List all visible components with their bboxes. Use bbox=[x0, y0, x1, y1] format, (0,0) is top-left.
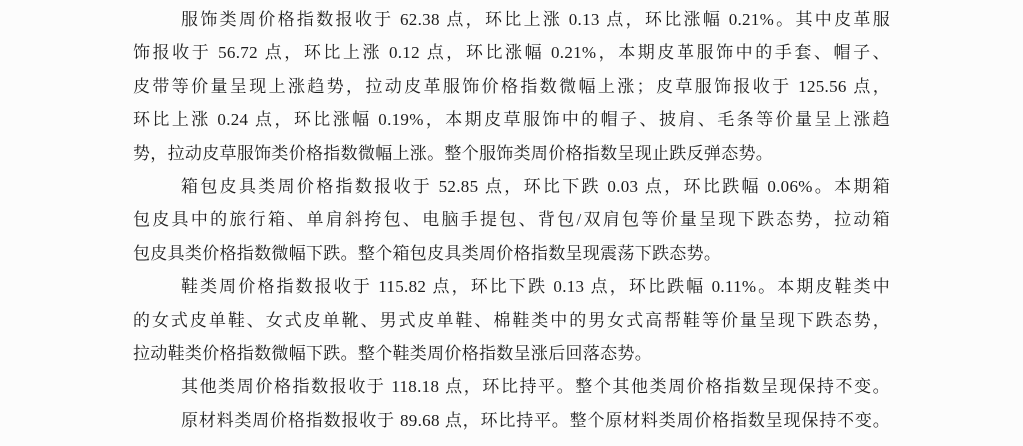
text-line: 饰报收于 56.72 点，环比上涨 0.12 点，环比涨幅 0.21%，本期皮革… bbox=[133, 36, 890, 69]
text-line: 鞋类周价格指数报收于 115.82 点，环比下跌 0.13 点，环比跌幅 0.1… bbox=[133, 270, 890, 303]
document-page: 服饰类周价格指数报收于 62.38 点，环比上涨 0.13 点，环比涨幅 0.2… bbox=[0, 0, 1023, 446]
text-line: 原材料类周价格指数报收于 89.68 点，环比持平。整个原材料类周价格指数呈现保… bbox=[133, 404, 890, 437]
text-line: 皮带等价量呈现上涨趋势，拉动皮革服饰价格指数微幅上涨；皮草服饰报收于 125.5… bbox=[133, 70, 890, 103]
text-line: 箱包皮具类周价格指数报收于 52.85 点，环比下跌 0.03 点，环比跌幅 0… bbox=[133, 170, 890, 203]
text-line: 其他类周价格指数报收于 118.18 点，环比持平。整个其他类周价格指数呈现保持… bbox=[133, 370, 890, 403]
text-line: 服饰类周价格指数报收于 62.38 点，环比上涨 0.13 点，环比涨幅 0.2… bbox=[133, 3, 890, 36]
text-line: 的女式皮单鞋、女式皮单靴、男式皮单鞋、棉鞋类中的男女式高帮鞋等价量呈现下跌态势， bbox=[133, 304, 890, 337]
text-line: 包皮具中的旅行箱、单肩斜挎包、电脑手提包、背包/双肩包等价量呈现下跌态势，拉动箱 bbox=[133, 203, 890, 236]
text-line: 环比上涨 0.24 点，环比涨幅 0.19%，本期皮草服饰中的帽子、披肩、毛条等… bbox=[133, 103, 890, 136]
text-line: 拉动鞋类价格指数微幅下跌。整个鞋类周价格指数呈涨后回落态势。 bbox=[133, 337, 890, 370]
text-line: 势，拉动皮草服饰类价格指数微幅上涨。整个服饰类周价格指数呈现止跌反弹态势。 bbox=[133, 137, 890, 170]
text-line: 包皮具类价格指数微幅下跌。整个箱包皮具类周价格指数呈现震荡下跌态势。 bbox=[133, 237, 890, 270]
